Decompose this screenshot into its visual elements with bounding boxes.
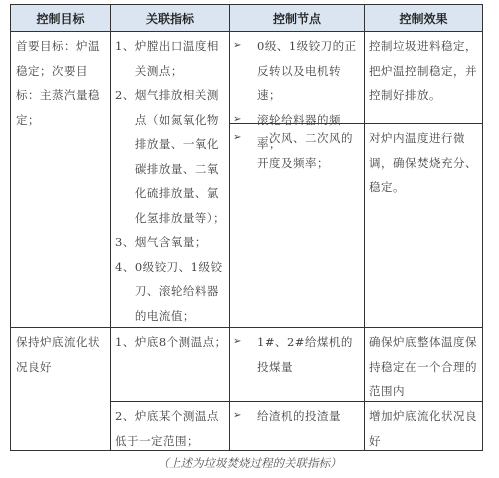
node-item: ➢ 给渣机的投渣量 — [233, 404, 361, 429]
indicator-cell: 1、炉底8个测温点； — [115, 330, 227, 355]
node-item: ➢ 0级、1级铰刀的正反转以及电机转速； — [233, 34, 361, 108]
table-caption: （上述为垃圾焚烧过程的关联指标） — [0, 455, 499, 471]
column-divider — [364, 5, 365, 450]
effect-cell: 控制垃圾进料稳定，把炉温控制稳定，并控制好排放。 — [369, 34, 479, 108]
indicator-item: 1、 炉膛出口温度相关测点； — [115, 34, 227, 83]
arrow-bullet-icon: ➢ — [233, 126, 257, 175]
node-item: ➢ 一次风、二次风的开度及频率； — [233, 126, 361, 175]
effect-cell: 增加炉底流化状况良好 — [369, 404, 479, 453]
column-divider — [229, 5, 230, 450]
effect-cell: 确保炉底整体温度保持稳定在一个合理的范围内 — [369, 330, 479, 404]
group-divider — [11, 327, 482, 328]
indicator-item: 3、 烟气含氧量； — [115, 230, 227, 255]
arrow-bullet-icon: ➢ — [233, 404, 257, 429]
header-divider — [11, 31, 482, 32]
indicator-cell: 2、炉底某个测温点低于一定范围； — [115, 404, 227, 453]
header-related-indicators: 关联指标 — [111, 5, 229, 31]
arrow-bullet-icon: ➢ — [233, 34, 257, 108]
nodes-cell: ➢ 给渣机的投渣量 — [233, 404, 361, 429]
effect-cell: 对炉内温度进行微调，确保焚烧充分、稳定。 — [369, 126, 479, 200]
control-table: 控制目标 关联指标 控制节点 控制效果 首要目标：炉温稳定；次要目标：主蒸汽量稳… — [10, 4, 483, 451]
indicator-item: 4、 0级铰刀、1级铰刀、滚轮给料器的电流值； — [115, 255, 227, 329]
indicators-cell: 1、 炉膛出口温度相关测点； 2、 烟气排放相关测点（如氮氧化物排放量、一氧化碳… — [115, 34, 227, 328]
header-control-goal: 控制目标 — [11, 5, 110, 31]
goal-cell: 保持炉底流化状况良好 — [16, 330, 108, 379]
indicator-item: 2、 烟气排放相关测点（如氮氧化物排放量、一氧化碳排放量、二氧化硫排放量、氯化氢… — [115, 83, 227, 230]
header-control-nodes: 控制节点 — [230, 5, 364, 31]
nodes-cell: ➢ 一次风、二次风的开度及频率； — [233, 126, 361, 175]
node-item: ➢ 1#、2#给煤机的投煤量 — [233, 330, 361, 379]
nodes-cell: ➢ 1#、2#给煤机的投煤量 — [233, 330, 361, 379]
arrow-bullet-icon: ➢ — [233, 330, 257, 379]
column-divider — [110, 5, 111, 450]
header-control-effect: 控制效果 — [365, 5, 482, 31]
goal-cell: 首要目标：炉温稳定；次要目标：主蒸汽量稳定； — [16, 34, 108, 132]
